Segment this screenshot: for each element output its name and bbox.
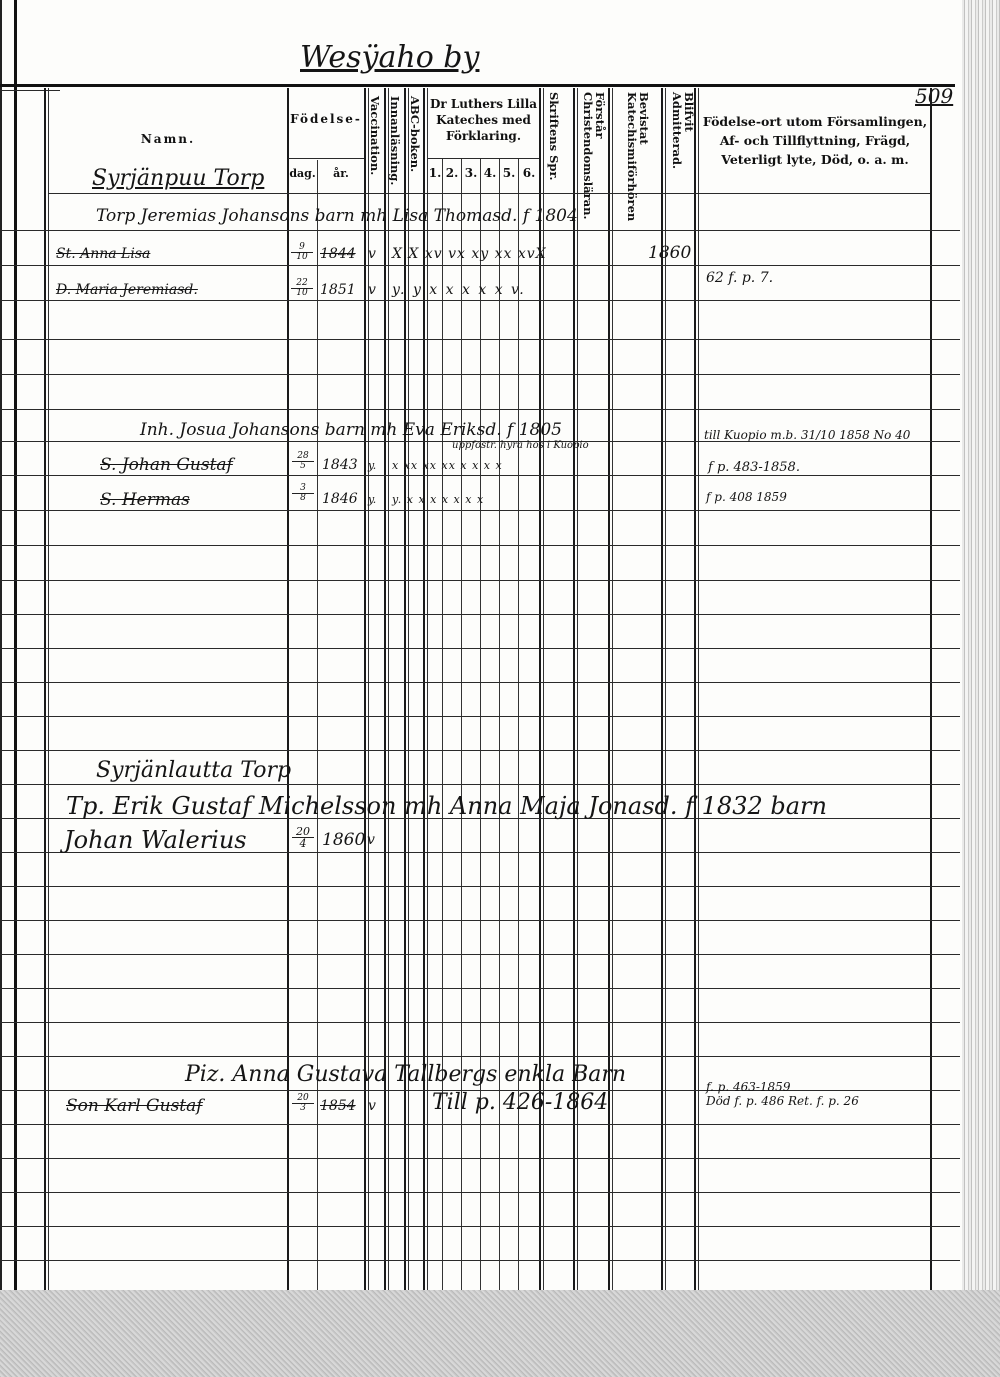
scan-page-bottom: [0, 1290, 1000, 1377]
column-header-skriftens: Skriftens Spr.: [548, 92, 560, 180]
household-place: Syrjänlautta Torp: [96, 758, 291, 783]
household-subnote: uppfostr. hyra hos i Kuopio: [452, 440, 589, 451]
birth-day: 2210: [291, 279, 313, 298]
page-number: 509: [915, 84, 953, 108]
remarks: till Kuopio m.b. 31/10 1858 No 40: [704, 428, 910, 442]
household-head: Inh. Josua Johansons barn mh Eva Eriksd.…: [140, 420, 562, 440]
vaccination-mark: y.: [368, 493, 376, 506]
book-gutter: [962, 0, 1000, 1290]
birth-year: 1854: [320, 1098, 356, 1114]
column-header-forstar: Förstår Christendomsläran.: [580, 92, 606, 187]
admitted-year: 1860: [648, 243, 691, 263]
column-header-innanlasning: Innanläsning.: [389, 96, 401, 185]
column-header-dag: dag.: [288, 166, 317, 181]
birth-day: 38: [292, 484, 314, 503]
birth-day: 910: [291, 243, 313, 262]
column-header-blifvit: Blifvit Admitterad.: [671, 92, 695, 162]
column-header-fodelse: Födelse-: [288, 112, 364, 127]
column-header-abc: ABC-boken.: [409, 96, 421, 172]
catechism-marks: y. y x x x x x v.: [392, 282, 526, 298]
column-header-luther: Dr Luthers Lilla Kateches med Förklaring…: [428, 96, 539, 144]
birth-day: 204: [292, 826, 314, 849]
person-name: D. Maria Jeremiasd.: [56, 282, 198, 298]
column-header-namn: Namn.: [50, 132, 286, 147]
binding-margin-line: [14, 0, 17, 1290]
vaccination-mark: v: [368, 282, 376, 298]
person-name: St. Anna Lisa: [56, 246, 150, 262]
household-place: Syrjänpuu Torp: [92, 166, 264, 191]
remarks: 62 f. p. 7.: [706, 270, 773, 286]
birth-year: 1846: [322, 491, 358, 507]
person-name: S. Johan Gustaf: [100, 455, 233, 475]
moved-reference: Till p. 426-1864: [432, 1090, 608, 1115]
catechism-marks: y. x x x x x x x: [392, 493, 484, 506]
household-head: Tp. Erik Gustaf Michelsson mh Anna Maja …: [66, 792, 827, 820]
header-bottom-rule: [48, 193, 930, 194]
birth-year: 1860: [322, 830, 365, 850]
column-header-ar: år.: [318, 166, 364, 181]
remarks: f p. 483-1858.: [708, 460, 800, 475]
birth-year: 1843: [322, 457, 358, 473]
birth-year: 1851: [320, 282, 356, 298]
birth-year: 1844: [320, 246, 356, 262]
village-title: Wesÿaho by: [300, 40, 479, 75]
person-name: Johan Walerius: [64, 826, 247, 854]
vaccination-mark: v: [368, 1098, 376, 1114]
column-header-vaccination: Vaccination.: [369, 96, 381, 175]
remarks: f. p. 463-1859: [706, 1080, 790, 1094]
fodelse-subrule: [288, 158, 364, 159]
vaccination-mark: v: [367, 832, 375, 848]
birth-day: 203: [292, 1094, 314, 1113]
header-top-rule: [0, 84, 955, 87]
catechism-marks: X X xv vx xy xx xvX: [392, 246, 547, 262]
catechism-marks: x xx xx xx x x x x: [392, 459, 503, 472]
household-head: Torp Jeremias Johansons barn mh Lisa Tho…: [96, 206, 578, 226]
remarks: Död f. p. 486 Ret. f. p. 26: [706, 1094, 859, 1108]
page-edge: [0, 0, 2, 1290]
household-head: Piz. Anna Gustava Tallbergs enkla Barn: [185, 1062, 626, 1087]
remarks: f p. 408 1859: [706, 490, 787, 504]
vaccination-mark: y.: [368, 459, 376, 472]
vaccination-mark: v: [368, 246, 376, 262]
luther-subrule: [428, 158, 539, 159]
column-header-fodelse-ort: Födelse-ort utom Församlingen, Af- och T…: [702, 112, 928, 169]
header-top-rule-left: [0, 90, 60, 91]
person-name: S. Hermas: [100, 490, 190, 510]
birth-day: 285: [292, 452, 314, 471]
person-name: Son Karl Gustaf: [66, 1096, 203, 1116]
column-header-bevistat: Bevistat Katechismiförhören: [618, 92, 650, 187]
